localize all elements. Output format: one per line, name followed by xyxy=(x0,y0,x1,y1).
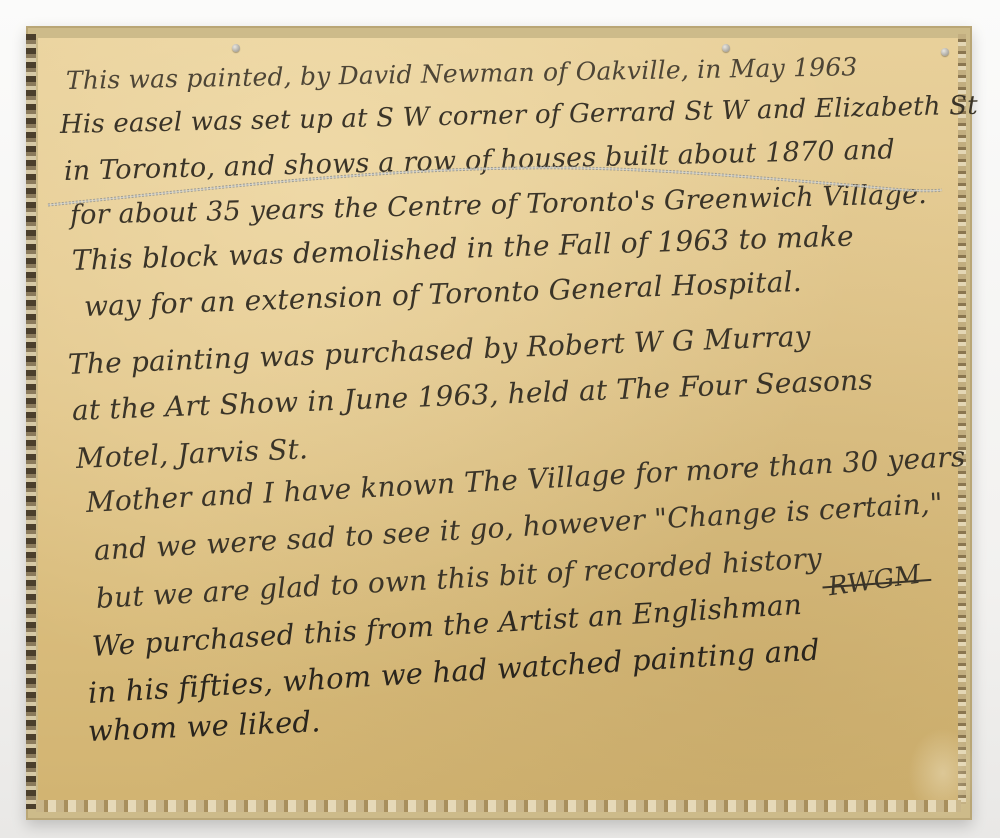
frame-edge-right xyxy=(958,34,966,804)
note-line: This was painted, by David Newman of Oak… xyxy=(66,52,858,95)
note-line: His easel was set up at S W corner of Ge… xyxy=(60,91,978,140)
frame-edge-bottom xyxy=(36,800,961,812)
handwritten-note: This was painted, by David Newman of Oak… xyxy=(38,38,958,800)
photo-stage: This was painted, by David Newman of Oak… xyxy=(0,0,1000,838)
note-line: way for an extension of Toronto General … xyxy=(83,265,802,323)
note-line: Motel, Jarvis St. xyxy=(75,432,308,475)
frame-edge-left xyxy=(26,34,36,809)
signature-initials: RWGM xyxy=(826,560,922,603)
cardboard-backing: This was painted, by David Newman of Oak… xyxy=(38,38,958,800)
note-line: whom we liked. xyxy=(87,704,321,748)
note-line: in Toronto, and shows a row of houses bu… xyxy=(64,134,896,187)
